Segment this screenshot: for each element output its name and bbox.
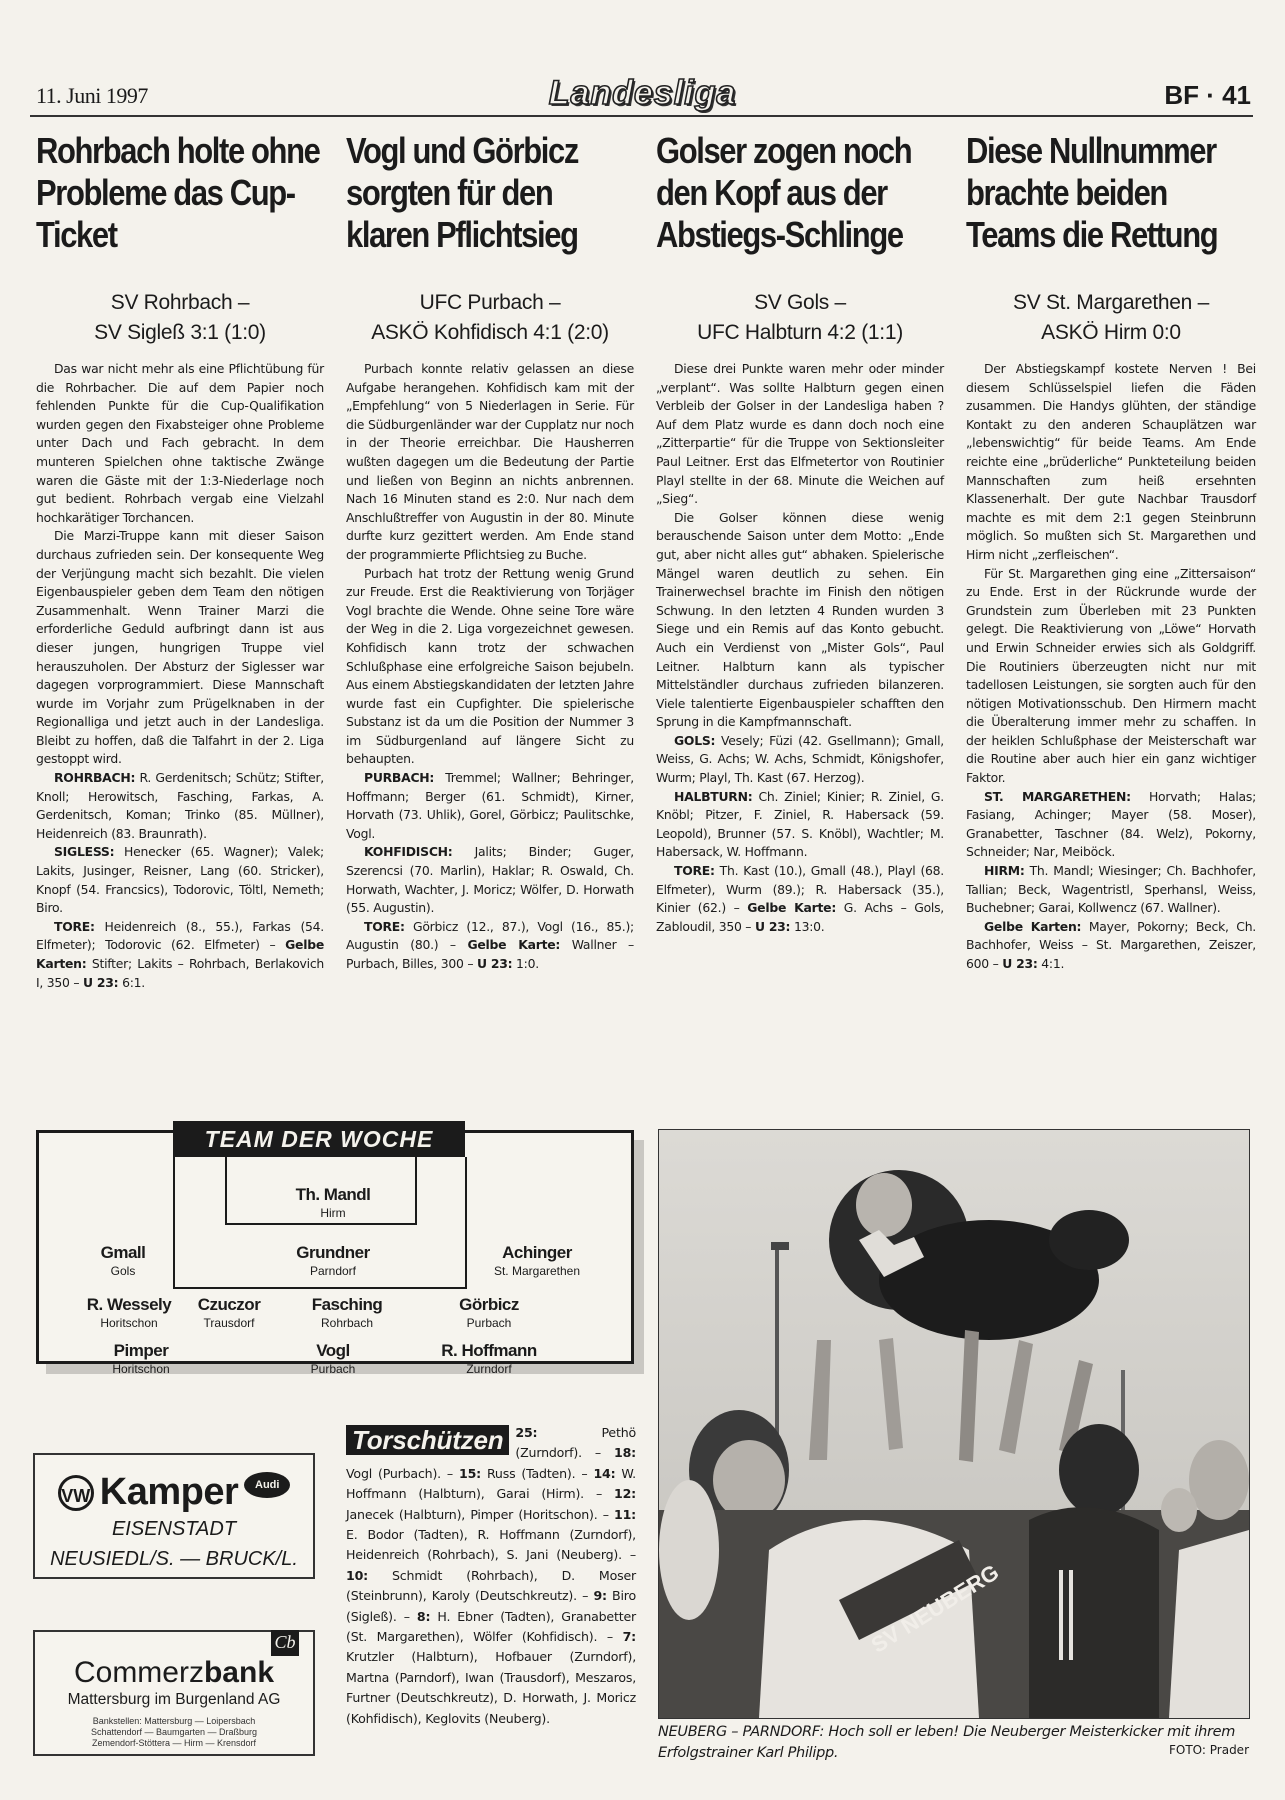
article-gols: Golser zogen noch den Kopf aus der Absti… [656,130,944,936]
lineup-away: HIRM: Th. Mandl; Wiesinger; Ch. Bachhofe… [966,862,1256,918]
article-rohrbach: Rohrbach holte ohne Probleme das Cup-Tic… [36,130,324,992]
lineup-home: ST. MARGARETHEN: Horvath; Halas; Fasiang… [966,788,1256,862]
match-result: SV St. Margarethen – ASKÖ Hirm 0:0 [966,288,1256,348]
player: Fasching Rohrbach [277,1295,417,1331]
player: Vogl Purbach [263,1341,403,1377]
paragraph: Die Golser können diese wenig berauschen… [656,509,944,732]
player: Achinger St. Margarethen [467,1243,607,1279]
article-headline: Vogl und Görbicz sorgten für den klaren … [346,130,638,270]
lineup-home: ROHRBACH: R. Gerdenitsch; Schütz; Stifte… [36,769,324,843]
player: R. Hoffmann Zurndorf [419,1341,559,1377]
match-stats: TORE: Th. Kast (10.), Gmall (48.), Playl… [656,862,944,936]
paragraph: Purbach konnte relativ gelassen an diese… [346,360,634,565]
article-body: Diese drei Punkte waren mehr oder minder… [656,360,944,936]
paragraph: Der Abstiegskampf kostete Nerven ! Bei d… [966,360,1256,565]
lineup-away: HALBTURN: Ch. Ziniel; Kinier; R. Ziniel,… [656,788,944,862]
lineup-home: GOLS: Vesely; Füzi (42. Gsellmann); Gmal… [656,732,944,788]
article-headline: Rohrbach holte ohne Probleme das Cup-Tic… [36,130,328,270]
kamper-location-2: NEUSIEDL/S. — BRUCK/L. [35,1544,313,1574]
match-teams-home: UFC Purbach – [346,288,634,318]
player: Pimper Horitschon [71,1341,211,1377]
match-result: UFC Purbach – ASKÖ Kohfidisch 4:1 (2:0) [346,288,634,348]
top-scorers-label: Torschützen [346,1425,509,1455]
article-body: Der Abstiegskampf kostete Nerven ! Bei d… [966,360,1256,974]
paragraph: Für St. Margarethen ging eine „Zittersai… [966,565,1256,788]
commerzbank-subtitle: Mattersburg im Burgenland AG [35,1690,313,1710]
article-body: Purbach konnte relativ gelassen an diese… [346,360,634,974]
top-scorers: Torschützen 25: Pethö (Zurndorf). – 18: … [346,1423,636,1729]
commerzbank-logo-icon: Cb [271,1630,299,1656]
kamper-location-1: EISENSTADT [35,1514,313,1544]
lineup-home: PURBACH: Tremmel; Wallner; Behringer, Ho… [346,769,634,843]
match-teams-away-score: ASKÖ Hirm 0:0 [966,318,1256,348]
photo-illustration-icon: SV NEUBERG [659,1130,1249,1718]
team-der-woche-title: TEAM DER WOCHE [173,1121,465,1157]
ad-kamper: VW Kamper Audi EISENSTADT NEUSIEDL/S. — … [33,1453,315,1579]
kamper-name: Kamper [100,1471,239,1514]
match-teams-home: SV St. Margarethen – [966,288,1256,318]
newspaper-page: 11. Juni 1997 Landesliga BF · 41 Rohrbac… [0,0,1285,1800]
match-teams-away-score: UFC Halbturn 4:2 (1:1) [656,318,944,348]
player: Görbicz Purbach [419,1295,559,1331]
match-result: SV Rohrbach – SV Sigleß 3:1 (1:0) [36,288,324,348]
team-der-woche-box: TEAM DER WOCHE Th. Mandl Hirm Gmall Gols… [36,1130,634,1364]
paragraph: Purbach hat trotz der Rettung wenig Grun… [346,565,634,770]
ad-commerzbank: Cb Commerzbank Mattersburg im Burgenland… [33,1630,315,1756]
lineup-away: KOHFIDISCH: Jalits; Binder; Guger, Szere… [346,843,634,917]
player-goalkeeper: Th. Mandl Hirm [263,1185,403,1221]
match-teams-away-score: SV Sigleß 3:1 (1:0) [36,318,324,348]
article-body: Das war nicht mehr als eine Pflichtübung… [36,360,324,992]
lineup-away: SIGLESS: Henecker (65. Wagner); Valek; L… [36,843,324,917]
paragraph: Diese drei Punkte waren mehr oder minder… [656,360,944,509]
match-teams-home: SV Rohrbach – [36,288,324,318]
match-stats: Gelbe Karten: Mayer, Pokorny; Beck, Ch. … [966,918,1256,974]
celebration-photo: SV NEUBERG [658,1129,1250,1719]
article-headline: Diese Nullnummer brachte beiden Teams di… [966,130,1258,270]
section-title: Landesliga [0,74,1285,113]
commerzbank-name: Commerzbank [35,1656,313,1690]
article-purbach: Vogl und Görbicz sorgten für den klaren … [346,130,634,974]
article-st-margarethen: Diese Nullnummer brachte beiden Teams di… [966,130,1256,974]
audi-logo-icon: Audi [244,1472,290,1498]
vw-logo-icon: VW [58,1475,94,1511]
paragraph: Die Marzi-Truppe kann mit dieser Saison … [36,527,324,769]
page-number: BF · 41 [1164,80,1251,111]
match-teams-home: SV Gols – [656,288,944,318]
paragraph: Das war nicht mehr als eine Pflichtübung… [36,360,324,527]
header-rule [30,115,1253,117]
commerzbank-branches: Bankstellen: Mattersburg — Loipersbach S… [35,1716,313,1749]
photo-credit: FOTO: Prader [1169,1743,1249,1757]
match-teams-away-score: ASKÖ Kohfidisch 4:1 (2:0) [346,318,634,348]
player: Grundner Parndorf [263,1243,403,1279]
article-headline: Golser zogen noch den Kopf aus der Absti… [656,130,948,270]
player: Gmall Gols [53,1243,193,1279]
match-result: SV Gols – UFC Halbturn 4:2 (1:1) [656,288,944,348]
match-stats: TORE: Heidenreich (8., 55.), Farkas (54.… [36,918,324,992]
match-stats: TORE: Görbicz (12., 87.), Vogl (16., 85.… [346,918,634,974]
